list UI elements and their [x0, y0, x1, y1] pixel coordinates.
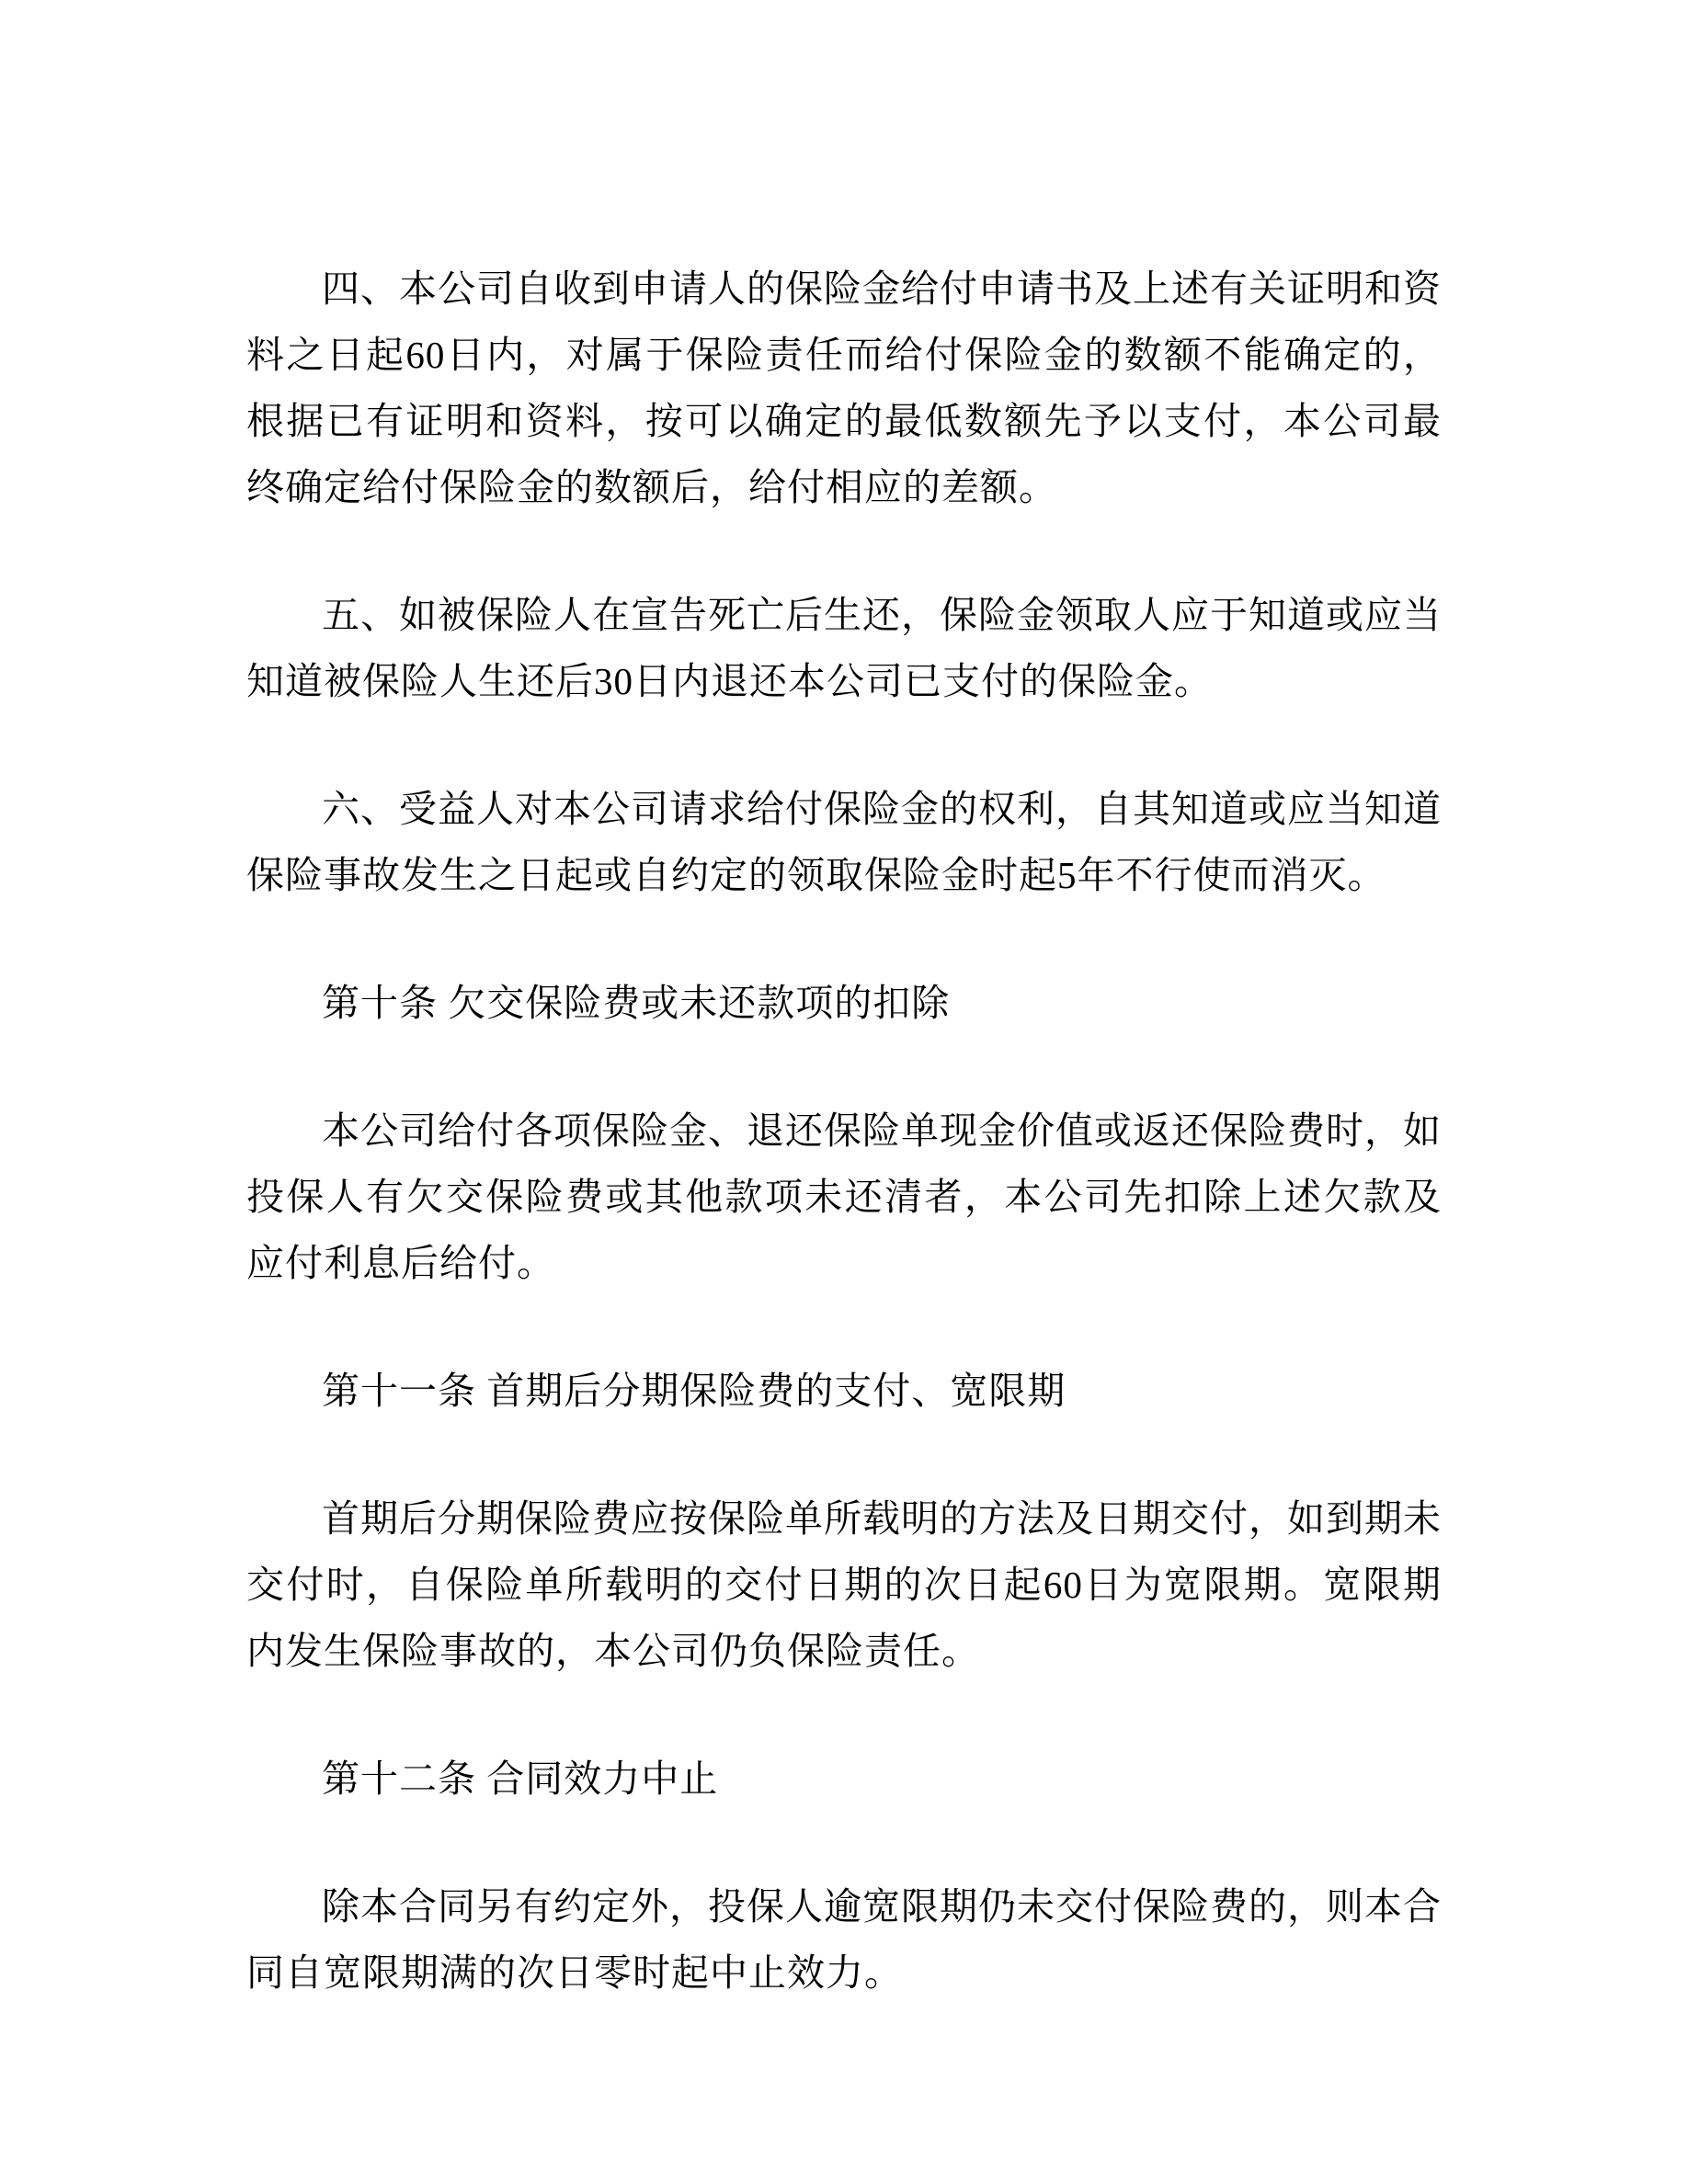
contract-paragraph: 首期后分期保险费应按保险单所载明的方法及日期交付，如到期未交付时，自保险单所载明… [246, 1485, 1442, 1684]
article-heading: 第十条 欠交保险费或未还款项的扣除 [246, 970, 1442, 1036]
document-page: 四、本公司自收到申请人的保险金给付申请书及上述有关证明和资料之日起60日内，对属… [0, 0, 1688, 2184]
article-heading: 第十一条 首期后分期保险费的支付、宽限期 [246, 1358, 1442, 1424]
contract-paragraph: 六、受益人对本公司请求给付保险金的权利，自其知道或应当知道保险事故发生之日起或自… [246, 776, 1442, 908]
article-heading: 第十二条 合同效力中止 [246, 1746, 1442, 1812]
document-content: 四、本公司自收到申请人的保险金给付申请书及上述有关证明和资料之日起60日内，对属… [246, 256, 1442, 2006]
contract-paragraph: 四、本公司自收到申请人的保险金给付申请书及上述有关证明和资料之日起60日内，对属… [246, 256, 1442, 520]
contract-paragraph: 除本合同另有约定外，投保人逾宽限期仍未交付保险费的，则本合同自宽限期满的次日零时… [246, 1873, 1442, 2006]
contract-paragraph: 五、如被保险人在宣告死亡后生还，保险金领取人应于知道或应当知道被保险人生还后30… [246, 582, 1442, 714]
contract-paragraph: 本公司给付各项保险金、退还保险单现金价值或返还保险费时，如投保人有欠交保险费或其… [246, 1098, 1442, 1296]
